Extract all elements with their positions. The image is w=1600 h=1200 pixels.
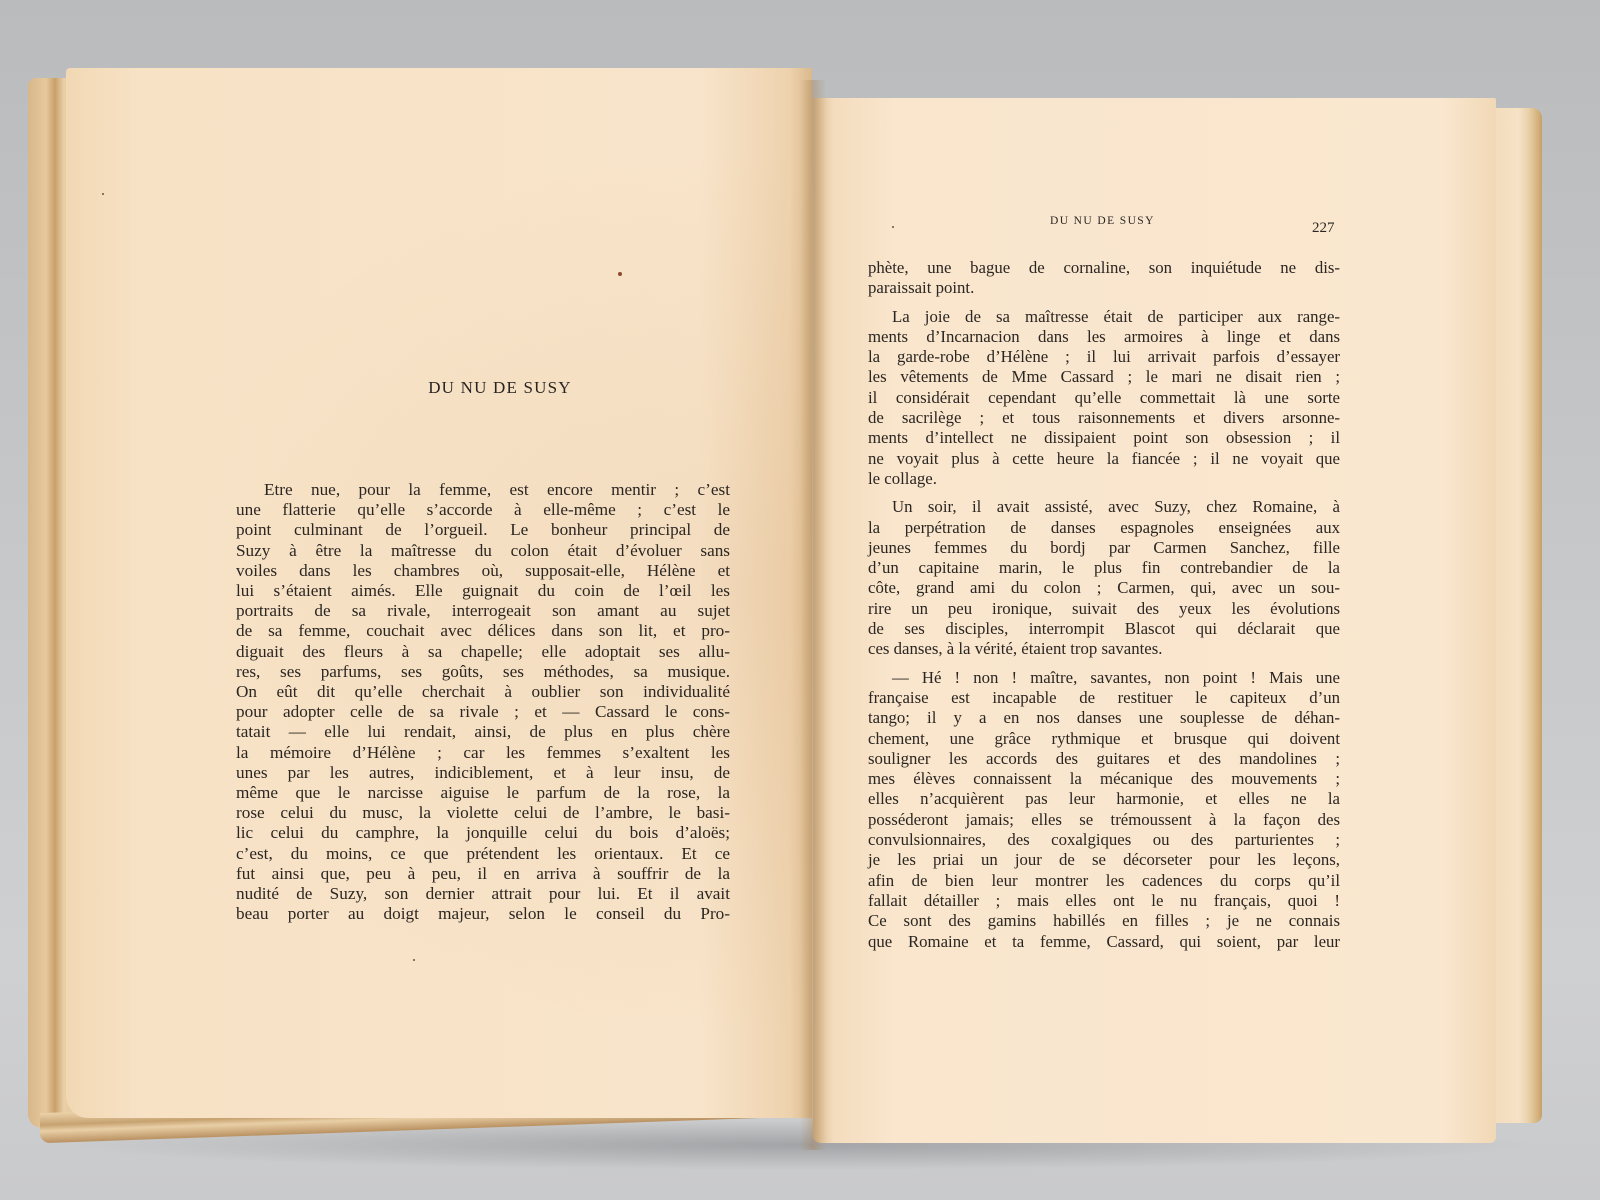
text-line: je les priai un jour de se décorseter po… — [868, 850, 1340, 870]
right-page-body: phète, une bague de cornaline, son inqui… — [868, 258, 1340, 952]
paragraph: Un soir, il avait assisté, avec Suzy, ch… — [868, 497, 1340, 659]
text-line: phète, une bague de cornaline, son inqui… — [868, 258, 1340, 278]
text-line: il considérait cependant qu’elle commett… — [868, 388, 1340, 408]
paper-speck — [102, 193, 104, 195]
text-line: elles n’acquièrent pas leur harmonie, et… — [868, 789, 1340, 809]
text-line: afin de bien leur montrer les cadences d… — [868, 871, 1340, 891]
text-line: tango; il y a en nos danses une soupless… — [868, 708, 1340, 728]
text-line: française est incapable de restituer le … — [868, 688, 1340, 708]
text-line: de sa femme, couchait avec délices dans … — [236, 621, 730, 641]
text-line: chement, une grâce rythmique et brusque … — [868, 729, 1340, 749]
left-page-body: Etre nue, pour la femme, est encore ment… — [236, 480, 730, 924]
text-line: la perpétration de danses espagnoles ens… — [868, 518, 1340, 538]
text-line: souligner les accords des guitares et de… — [868, 749, 1340, 769]
text-line: tatait — elle lui rendait, ainsi, de plu… — [236, 722, 730, 742]
running-head: DU NU DE SUSY — [1050, 215, 1155, 227]
paper-speck — [892, 226, 894, 228]
text-line: d’un capitaine marin, le plus fin contre… — [868, 558, 1340, 578]
paper-speck — [413, 959, 415, 961]
text-line: diguait des fleurs à sa chapelle; elle a… — [236, 642, 730, 662]
text-line: une flatterie qu’elle s’accorde à elle-m… — [236, 500, 730, 520]
text-line: même que le narcisse aiguise le parfum d… — [236, 783, 730, 803]
text-line: rose celui du musc, la violette celui de… — [236, 803, 730, 823]
text-line: côte, grand ami du colon ; Carmen, qui, … — [868, 578, 1340, 598]
text-line: les vêtements de Mme Cassard ; le mari n… — [868, 367, 1340, 387]
paragraph: La joie de sa maîtresse était de partici… — [868, 307, 1340, 490]
page-number: 227 — [1312, 220, 1335, 237]
text-line: pour adopter celle de sa rivale ; et — C… — [236, 702, 730, 722]
text-line: ments d’intellect ne dissipaient point s… — [868, 428, 1340, 448]
text-line: de ses disciples, interrompit Blascot qu… — [868, 619, 1340, 639]
text-line: point culminant de l’orgueil. Le bonheur… — [236, 520, 730, 540]
text-line: lui s’étaient aimés. Elle guignait du co… — [236, 581, 730, 601]
text-line: ces danses, à la vérité, étaient trop sa… — [868, 639, 1340, 659]
text-line: Suzy à être la maîtresse du colon était … — [236, 541, 730, 561]
text-line: nudité de Suzy, son dernier attrait pour… — [236, 884, 730, 904]
text-line: ments d’Incarnacion dans les armoires à … — [868, 327, 1340, 347]
text-line: convulsionnaires, des coxalgiques ou des… — [868, 830, 1340, 850]
text-line: Ce sont des gamins habillés en filles ; … — [868, 911, 1340, 931]
text-line: res, ses parfums, ses goûts, ses méthode… — [236, 662, 730, 682]
text-line: On eût dit qu’elle cherchait à oublier s… — [236, 682, 730, 702]
text-line: Etre nue, pour la femme, est encore ment… — [236, 480, 730, 500]
text-line: unes par les autres, indiciblement, et à… — [236, 763, 730, 783]
text-line: lic celui du camphre, la jonquille celui… — [236, 823, 730, 843]
text-line: paraissait point. — [868, 278, 1340, 298]
text-line: rire un peu ironique, suivait des yeux l… — [868, 599, 1340, 619]
right-page-edges — [1490, 108, 1542, 1123]
text-line: la garde-robe d’Hélène ; il lui arrivait… — [868, 347, 1340, 367]
text-line: ne voyait plus à cette heure la fiancée … — [868, 449, 1340, 469]
text-line: mes élèves connaissent la mécanique des … — [868, 769, 1340, 789]
text-line: fut ainsi que, peu à peu, il en arriva à… — [236, 864, 730, 884]
text-line: que Romaine et ta femme, Cassard, qui so… — [868, 932, 1340, 952]
text-line: voiles dans les chambres où, supposait-e… — [236, 561, 730, 581]
text-line: jeunes femmes du bordj par Carmen Sanche… — [868, 538, 1340, 558]
book-gutter — [800, 80, 826, 1150]
paragraph: phète, une bague de cornaline, son inqui… — [868, 258, 1340, 299]
text-line: Un soir, il avait assisté, avec Suzy, ch… — [868, 497, 1340, 517]
text-line: posséderont jamais; elles se trémoussent… — [868, 810, 1340, 830]
text-line: le collage. — [868, 469, 1340, 489]
text-line: beau porter au doigt majeur, selon le co… — [236, 904, 730, 924]
open-book: DU NU DE SUSY Etre nue, pour la femme, e… — [0, 0, 1600, 1200]
text-line: la mémoire d’Hélène ; car les femmes s’e… — [236, 743, 730, 763]
paper-speck — [618, 272, 622, 276]
text-line: La joie de sa maîtresse était de partici… — [868, 307, 1340, 327]
text-line: fallait détailler ; mais elles ont le nu… — [868, 891, 1340, 911]
text-line: de sacrilège ; et tous raisonnements et … — [868, 408, 1340, 428]
chapter-title: DU NU DE SUSY — [400, 378, 600, 398]
text-line: c’est, du moins, ce que prétendent les o… — [236, 844, 730, 864]
text-line: portraits de sa rivale, interrogeait son… — [236, 601, 730, 621]
text-line: — Hé ! non ! maître, savantes, non point… — [868, 668, 1340, 688]
paragraph: — Hé ! non ! maître, savantes, non point… — [868, 668, 1340, 952]
